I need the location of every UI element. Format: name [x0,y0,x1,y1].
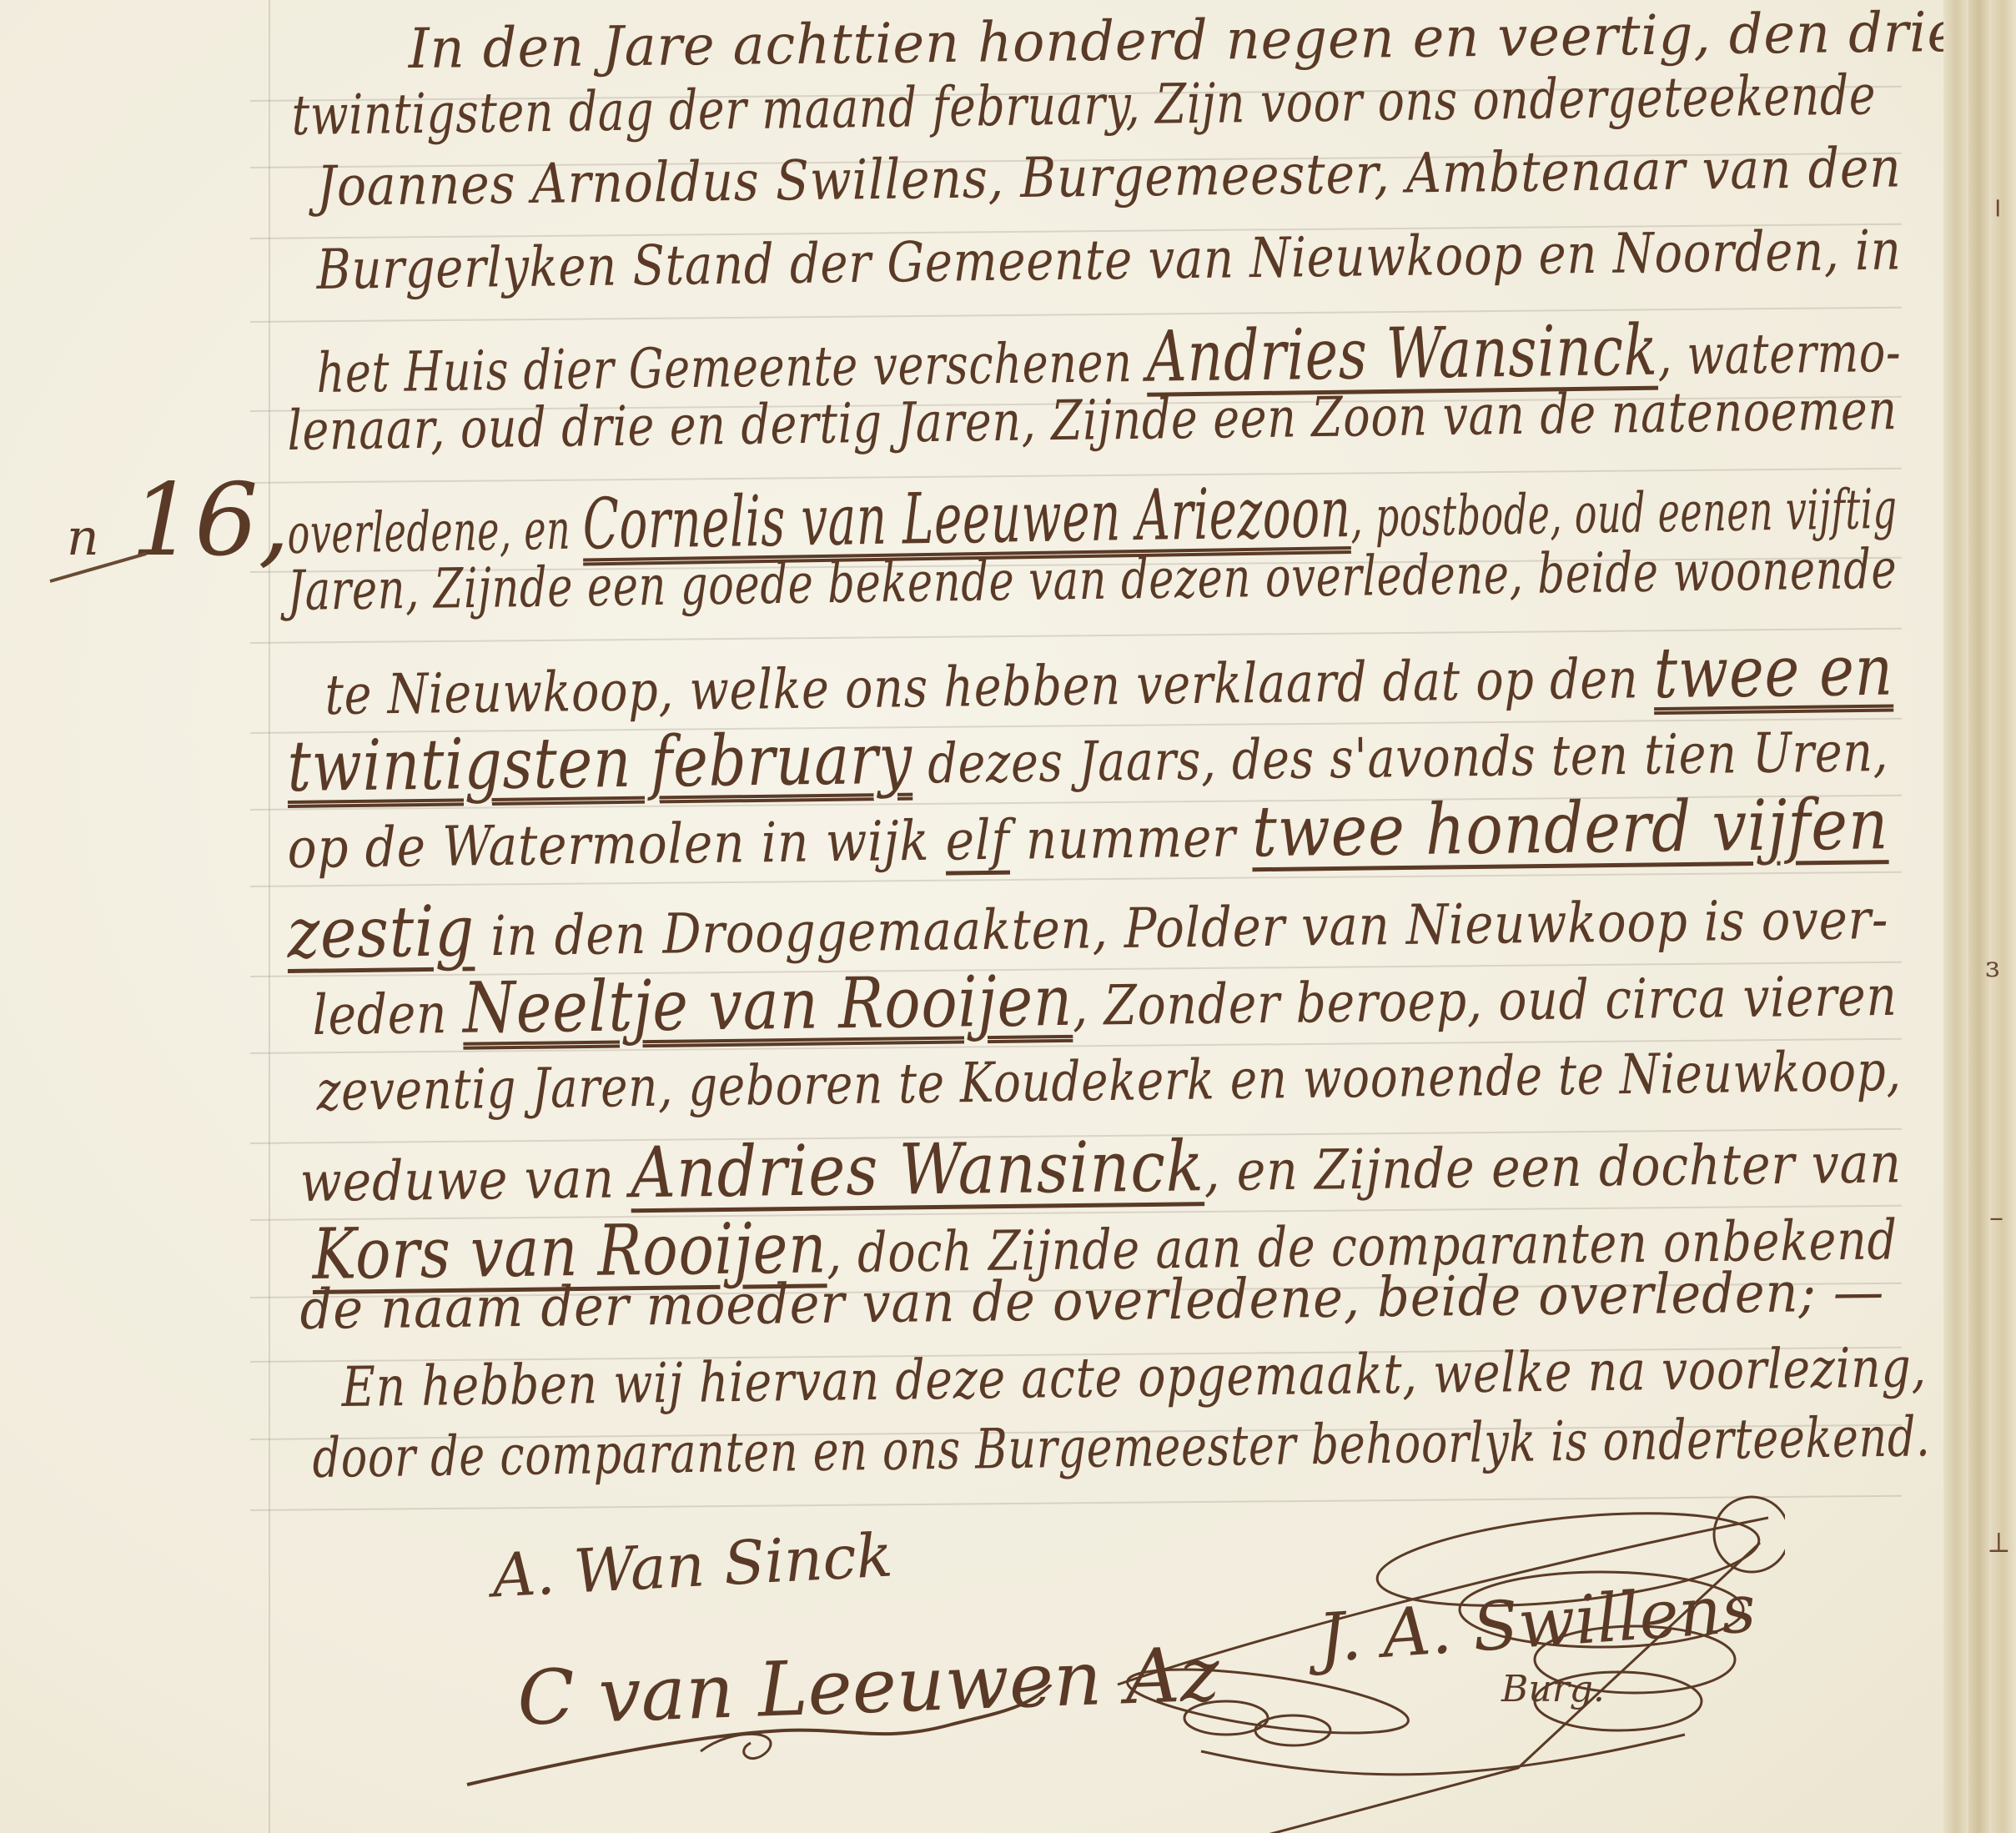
page-edge [1968,0,1989,1833]
document-page: n 16, In den Jare achttien honderd negen… [0,0,2016,1833]
entry-number-value: 16, [131,463,290,579]
underlined-name: Andries Wansinck [631,1125,1204,1213]
edge-ink-mark: ╷ [1989,183,2006,217]
line-text: weduwe van [299,1146,631,1214]
line-text: leden [312,982,463,1047]
underlined-name: zestig [287,890,475,974]
underlined-name: twee en [1653,630,1893,715]
record-line: zeventig Jaren, geboren te Koudekerk en … [316,1039,1902,1123]
line-text: op de Watermolen in wijk [287,809,946,881]
edge-ink-mark: ⟂ [1989,1526,2008,1559]
line-text: , watermo- [1657,320,1901,388]
record-line: Joannes Arnoldus Swillens, Burgemeester,… [316,135,1902,218]
entry-number-prefix: n [67,509,99,567]
line-text: , Zonder beroep, oud circa vieren [1073,964,1898,1038]
signature-witness-1: A. Wan Sinck [490,1519,894,1610]
underlined-name: elf [945,808,1010,873]
line-text: Burgerlyken Stand der Gemeente van Nieuw… [316,218,1902,302]
record-line: En hebben wij hiervan deze acte opgemaak… [341,1335,1927,1419]
line-text: Joannes Arnoldus Swillens, Burgemeester,… [316,135,1902,218]
underlined-name: Neeltje van Rooijen [463,960,1073,1049]
line-text: En hebben wij hiervan deze acte opgemaak… [341,1335,1927,1419]
underlined-name: twintigsten february [287,718,912,807]
edge-ink-mark: – [1989,1201,2003,1234]
line-text: , en Zijnde een dochter van [1204,1131,1902,1203]
signature-witness-2-flourish [450,1685,1084,1801]
line-text: nummer [1009,805,1252,871]
line-text: zeventig Jaren, geboren te Koudekerk en … [316,1039,1902,1123]
record-line: Burgerlyken Stand der Gemeente van Nieuw… [316,218,1902,302]
signature-mayor-flourish [1101,1468,1785,1833]
page-edge [1943,0,1968,1833]
edge-ink-mark: ɜ [1985,951,1999,984]
margin-rule [269,0,270,1833]
underlined-name: twee honderd vijfen [1252,783,1889,872]
entry-number: n 16, [67,463,290,579]
